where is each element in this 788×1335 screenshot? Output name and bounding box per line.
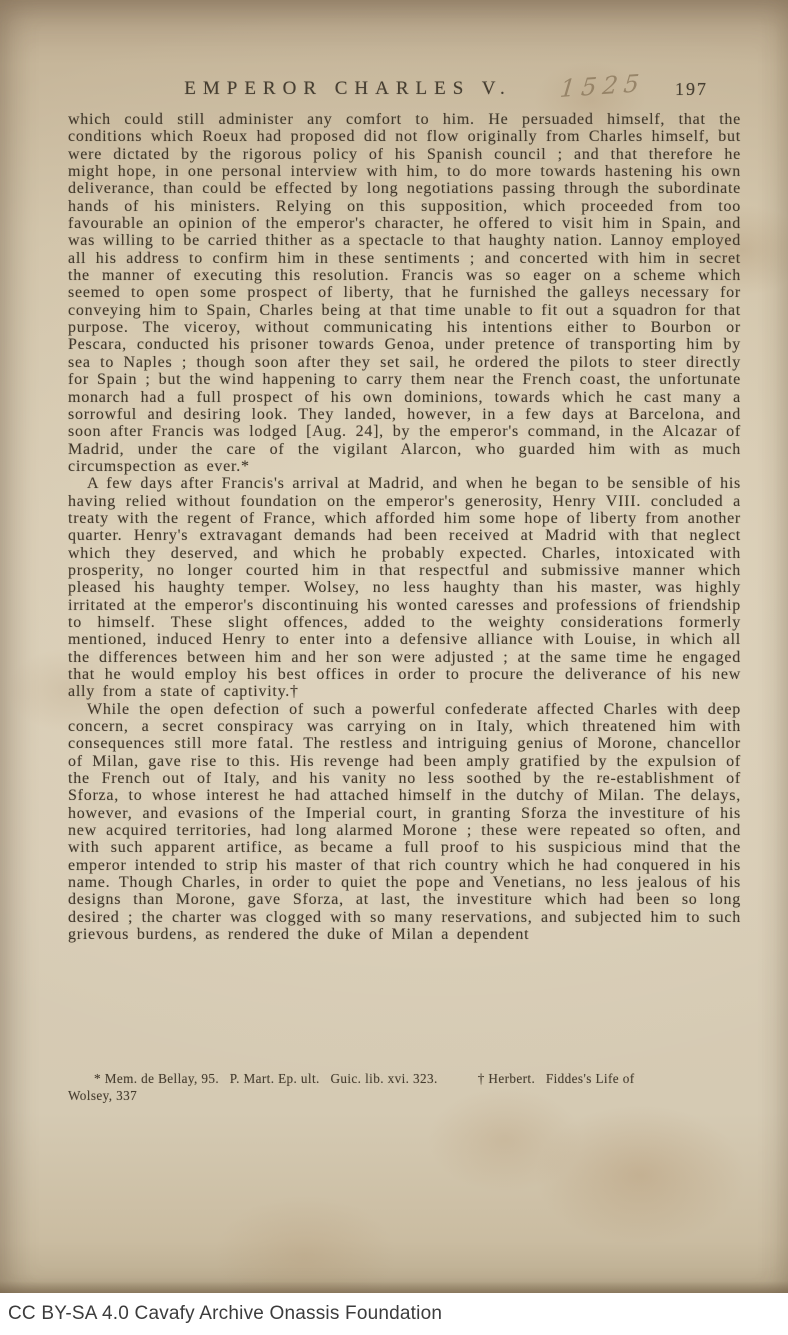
footnote-references-right: † Herbert. Fiddes's Life of [478,1071,635,1086]
footnote-line-2: Wolsey, 337 [68,1088,728,1105]
handwritten-year-annotation: 1525 [559,69,647,103]
body-paragraph-1: which could still administer any comfort… [68,111,741,475]
page-number: 197 [675,79,708,100]
page-title: EMPEROR CHARLES V. [68,78,628,100]
license-caption-bar: CC BY-SA 4.0 Cavafy Archive Onassis Foun… [0,1293,788,1335]
body-text: which could still administer any comfort… [68,111,741,944]
license-caption: CC BY-SA 4.0 Cavafy Archive Onassis Foun… [8,1303,442,1325]
body-paragraph-2: A few days after Francis's arrival at Ma… [68,475,741,700]
running-header: EMPEROR CHARLES V. 1525 197 [68,78,740,102]
footnote-line-1: * Mem. de Bellay, 95. P. Mart. Ep. ult. … [68,1071,728,1088]
footnote-block: * Mem. de Bellay, 95. P. Mart. Ep. ult. … [68,1071,728,1104]
footnote-references-left: * Mem. de Bellay, 95. P. Mart. Ep. ult. … [94,1071,438,1086]
book-page-scan: EMPEROR CHARLES V. 1525 197 which could … [0,0,788,1293]
body-paragraph-3: While the open defection of such a power… [68,701,741,944]
